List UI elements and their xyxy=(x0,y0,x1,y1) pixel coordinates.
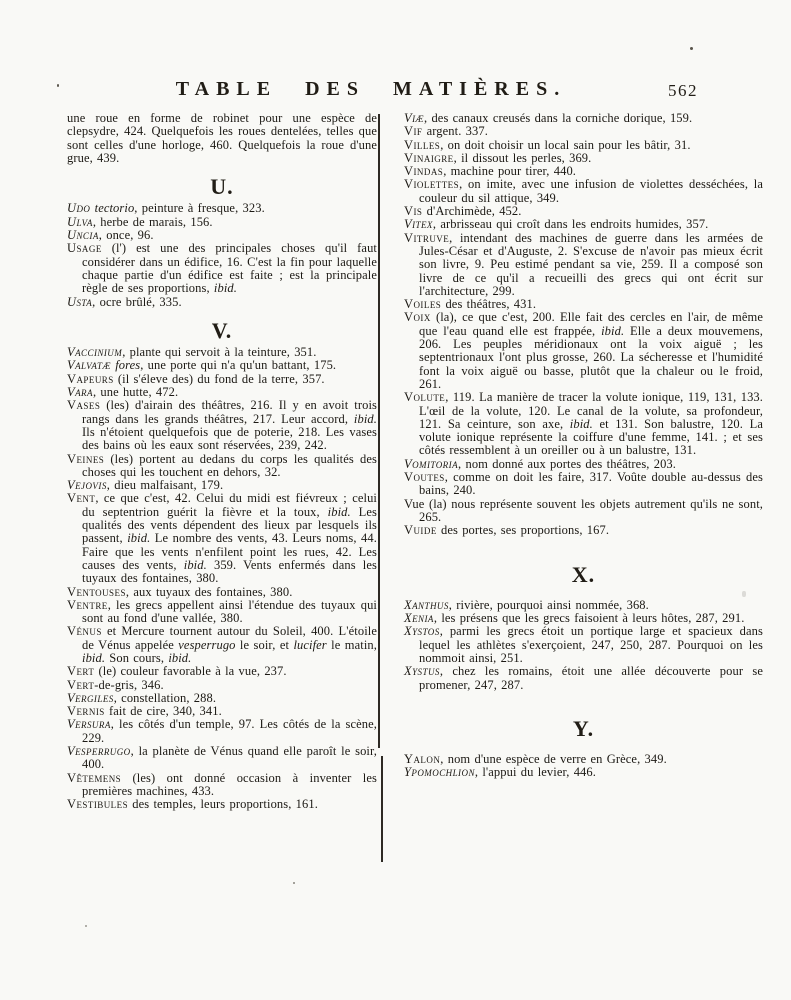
entry-term: Xanthus xyxy=(404,598,449,612)
entry-term: Ventre xyxy=(67,598,108,612)
section-heading-x: X. xyxy=(404,568,763,581)
entry-term: Vernis xyxy=(67,704,105,718)
index-entry: Vapeurs (il s'éleve des) du fond de la t… xyxy=(67,373,377,386)
index-entry: Ulva, herbe de marais, 156. xyxy=(67,216,377,229)
entry-term: Voix xyxy=(404,310,431,324)
index-entry: Ventre, les grecs appellent ainsi l'éten… xyxy=(67,599,377,626)
entry-term: Voutes xyxy=(404,470,445,484)
index-entry: Veines (les) portent au dedans du corps … xyxy=(67,453,377,480)
italic-word: vesperrugo xyxy=(178,638,235,652)
entry-term: Violettes xyxy=(404,177,459,191)
index-entry: Vestibules des temples, leurs proportion… xyxy=(67,798,377,811)
entry-term: Vomitoria xyxy=(404,457,458,471)
italic-word: ibid. xyxy=(127,531,150,545)
index-entry: Yalon, nom d'une espèce de verre en Grèc… xyxy=(404,753,763,766)
italic-word: ibid. xyxy=(354,412,377,426)
entry-term: Usage xyxy=(67,241,102,255)
index-entry: Viæ, des canaux creusés dans la corniche… xyxy=(404,112,763,125)
entry-term: Xenia xyxy=(404,611,434,625)
index-entry: Xystus, chez les romains, étoit une allé… xyxy=(404,665,763,692)
page-title: TABLE DES MATIÈRES. xyxy=(0,78,742,101)
index-entry: Vitex, arbrisseau qui croît dans les end… xyxy=(404,218,763,231)
index-entry: Vejovis, dieu malfaisant, 179. xyxy=(67,479,377,492)
entry-term: Vesperrugo xyxy=(67,744,131,758)
scan-speck xyxy=(690,47,693,50)
scan-speck xyxy=(85,925,87,927)
index-entry: Xenia, les présens que les grecs faisoie… xyxy=(404,612,763,625)
entry-term: Xystus xyxy=(404,664,440,678)
index-entry: Valvatæ fores, une porte qui n'a qu'un b… xyxy=(67,359,377,372)
entry-term: Vis xyxy=(404,204,422,218)
index-entry: Xystos, parmi les grecs étoit un portiqu… xyxy=(404,625,763,665)
column-divider-rule xyxy=(378,114,380,748)
entry-term: Vitruve xyxy=(404,231,449,245)
italic-word: ibid. xyxy=(168,651,191,665)
scan-speck xyxy=(293,882,295,884)
entry-term: Vapeurs xyxy=(67,372,114,386)
entry-term: Vestibules xyxy=(67,797,128,811)
entry-term: Vitex xyxy=(404,217,433,231)
index-entry: Ventouses, aux tuyaux des fontaines, 380… xyxy=(67,586,377,599)
entry-term: Yalon xyxy=(404,752,440,766)
entry-term: Volute xyxy=(404,390,445,404)
entry-term: Ventouses xyxy=(67,585,126,599)
section-heading-y: Y. xyxy=(404,722,763,735)
entry-term: Vinaigre xyxy=(404,151,454,165)
scan-smudge xyxy=(742,591,746,597)
entry-term: Vert xyxy=(67,664,94,678)
index-entry: Voiles des théâtres, 431. xyxy=(404,298,763,311)
index-entry: Vomitoria, nom donné aux portes des théâ… xyxy=(404,458,763,471)
index-entry: Vue (la) nous représente souvent les obj… xyxy=(404,498,763,525)
index-entry: Vergiles, constellation, 288. xyxy=(67,692,377,705)
index-entry: Vert-de-gris, 346. xyxy=(67,679,377,692)
index-entry: Uncia, once, 96. xyxy=(67,229,377,242)
section-heading-u: U. xyxy=(67,180,377,193)
entry-term: Vases xyxy=(67,398,100,412)
italic-word: ibid. xyxy=(570,417,593,431)
scan-speck xyxy=(57,84,59,87)
index-entry: Vesperrugo, la planète de Vénus quand el… xyxy=(67,745,377,772)
page-number: 562 xyxy=(668,81,698,101)
index-entry: Versura, les côtés d'un temple, 97. Les … xyxy=(67,718,377,745)
entry-term: Villes xyxy=(404,138,440,152)
right-column: Viæ, des canaux creusés dans la corniche… xyxy=(404,112,763,780)
entry-term: Viæ xyxy=(404,111,424,125)
italic-word: ibid. xyxy=(601,324,624,338)
index-entry: Vif argent. 337. xyxy=(404,125,763,138)
index-entry: Villes, on doit choisir un local sain po… xyxy=(404,139,763,152)
left-column: une roue en forme de robinet pour une es… xyxy=(67,112,377,812)
entry-term: Versura xyxy=(67,717,111,731)
index-entry: Vêtemens (les) ont donné occasion à inve… xyxy=(67,772,377,799)
index-entry: Vis d'Archimède, 452. xyxy=(404,205,763,218)
entry-term: Usta xyxy=(67,295,92,309)
entry-term: Vent xyxy=(67,491,95,505)
section-heading-v: V. xyxy=(67,324,377,337)
entry-term: Vindas xyxy=(404,164,443,178)
index-entry: Violettes, on imite, avec une infusion d… xyxy=(404,178,763,205)
continuation-paragraph: une roue en forme de robinet pour une es… xyxy=(67,112,377,165)
column-divider-rule xyxy=(381,756,383,862)
entry-term: Udo xyxy=(67,201,90,215)
index-entry: Vaccinium, plante qui servoit à la teint… xyxy=(67,346,377,359)
entry-term: Uncia xyxy=(67,228,99,242)
index-entry: Volute, 119. La manière de tracer la vol… xyxy=(404,391,763,457)
index-entry: Ypomochlion, l'appui du levier, 446. xyxy=(404,766,763,779)
index-entry: Voutes, comme on doit les faire, 317. Vo… xyxy=(404,471,763,498)
index-entry: Usage (l') est une des principales chose… xyxy=(67,242,377,295)
italic-word: ibid. xyxy=(82,651,105,665)
entry-term: Vergiles xyxy=(67,691,114,705)
index-entry: Voix (la), ce que c'est, 200. Elle fait … xyxy=(404,311,763,391)
index-entry: Vitruve, intendant des machines de guerr… xyxy=(404,232,763,298)
entry-term: Ulva xyxy=(67,215,93,229)
entry-term: Vara xyxy=(67,385,93,399)
entry-term-suffix: tectorio xyxy=(90,201,134,215)
entry-term: Vue xyxy=(404,497,424,511)
italic-word: lucifer xyxy=(293,638,326,652)
italic-word: ibid. xyxy=(184,558,207,572)
entry-term: Vaccinium xyxy=(67,345,122,359)
entry-term: Valvatæ xyxy=(67,358,111,372)
index-entry: Usta, ocre brûlé, 335. xyxy=(67,296,377,309)
entry-term: Veines xyxy=(67,452,104,466)
italic-word: ibid. xyxy=(214,281,237,295)
entry-term: Ypomochlion xyxy=(404,765,475,779)
index-entry: Udo tectorio, peinture à fresque, 323. xyxy=(67,202,377,215)
index-entry: Vénus et Mercure tournent autour du Sole… xyxy=(67,625,377,665)
entry-term: Vêtemens xyxy=(67,771,121,785)
index-entry: Vinaigre, il dissout les perles, 369. xyxy=(404,152,763,165)
index-entry: Vuide des portes, ses proportions, 167. xyxy=(404,524,763,537)
index-entry: Xanthus, rivière, pourquoi ainsi nommée,… xyxy=(404,599,763,612)
entry-term: Vejovis xyxy=(67,478,107,492)
entry-term: Vénus xyxy=(67,624,102,638)
index-entry: Vert (le) couleur favorable à la vue, 23… xyxy=(67,665,377,678)
italic-word: ibid. xyxy=(328,505,351,519)
entry-term-suffix: -de-gris xyxy=(94,678,134,692)
entry-term: Vert xyxy=(67,678,94,692)
entry-term: Vuide xyxy=(404,523,437,537)
index-entry: Vent, ce que c'est, 42. Celui du midi es… xyxy=(67,492,377,585)
index-entry: Vindas, machine pour tirer, 440. xyxy=(404,165,763,178)
entry-term: Voiles xyxy=(404,297,441,311)
entry-term-suffix: fores xyxy=(111,358,140,372)
entry-term: Xystos xyxy=(404,624,440,638)
index-entry: Vara, une hutte, 472. xyxy=(67,386,377,399)
index-entry: Vases (les) d'airain des théâtres, 216. … xyxy=(67,399,377,452)
index-entry: Vernis fait de cire, 340, 341. xyxy=(67,705,377,718)
entry-term: Vif xyxy=(404,124,422,138)
scanned-book-page: TABLE DES MATIÈRES. 562 une roue en form… xyxy=(0,0,791,1000)
